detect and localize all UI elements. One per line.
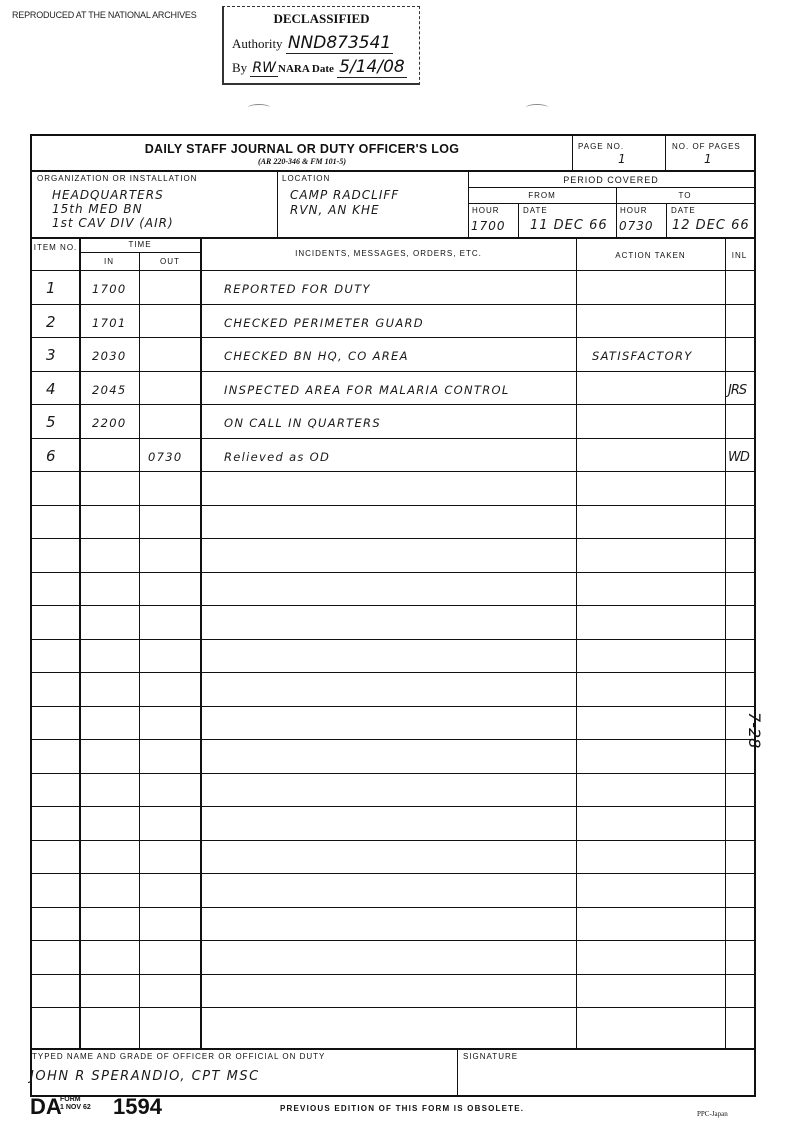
row-divider [32,907,754,908]
time-in-cell: 2030 [92,349,126,363]
stamp-date-value: 5/14/08 [337,57,407,78]
time-in-cell: 2200 [92,416,126,430]
item-no-cell: 1 [46,279,57,297]
row-divider [32,337,754,338]
time-out-header: OUT [139,257,201,266]
stamp-nara-date-label: NARA Date [278,63,334,75]
stamp-by-row: By RWNARA Date 5/14/08 [232,57,407,78]
to-hour-value: 0730 [619,219,654,233]
row-divider [32,304,754,305]
location-label: LOCATION [282,174,330,183]
row-divider [32,371,754,372]
form-number: 1594 [113,1094,162,1120]
stamp-by-value: RW [250,60,278,77]
stamp-title: DECLASSIFIED [224,11,419,27]
row-divider [32,840,754,841]
incident-cell: Relieved as OD [224,450,330,464]
to-hour-label: HOUR [620,206,648,215]
incident-cell: REPORTED FOR DUTY [224,282,371,296]
row-divider [32,739,754,740]
from-date-label: DATE [523,206,548,215]
item-no-cell: 5 [46,413,57,431]
item-no-cell: 4 [46,380,57,398]
time-out-cell: 0730 [148,450,182,464]
stamp-authority-label: Authority [232,36,283,51]
form-date: 1 NOV 62 [60,1104,91,1112]
to-date-value: 12 DEC 66 [672,218,750,233]
from-hour-label: HOUR [472,206,500,215]
incident-cell: CHECKED BN HQ, CO AREA [224,349,409,363]
row-divider [32,873,754,874]
scan-mark [526,104,548,111]
form-label: FORM [60,1096,91,1104]
organization-line-1: HEADQUARTERS [52,188,164,202]
initials-cell: WD [728,450,749,465]
time-in-header: IN [79,257,139,266]
initials-cell: JRS [728,383,746,398]
incident-cell: INSPECTED AREA FOR MALARIA CONTROL [224,383,510,397]
row-divider [32,438,754,439]
from-label: FROM [468,191,616,200]
no-of-pages-label: NO. OF PAGES [672,142,741,151]
incident-cell: ON CALL IN QUARTERS [224,416,381,430]
row-divider [32,806,754,807]
scan-mark [248,104,270,111]
stamp-authority-row: Authority NND873541 [232,33,393,54]
no-of-pages-value: 1 [704,152,713,166]
form-title: DAILY STAFF JOURNAL OR DUTY OFFICER'S LO… [32,142,572,156]
margin-annotation: 7-28 [745,712,764,748]
row-divider [32,706,754,707]
location-line-2: RVN, AN KHE [290,203,380,217]
item-no-cell: 3 [46,346,57,364]
row-divider [32,505,754,506]
time-in-cell: 2045 [92,383,126,397]
row-divider [32,639,754,640]
row-divider [32,1007,754,1008]
to-label: TO [616,191,754,200]
from-hour-value: 1700 [471,219,506,233]
archive-notice: REPRODUCED AT THE NATIONAL ARCHIVES [12,10,197,20]
from-date-value: 11 DEC 66 [530,218,608,233]
row-divider [32,940,754,941]
item-no-cell: 6 [46,447,57,465]
duty-officer-log-form: DAILY STAFF JOURNAL OR DUTY OFFICER'S LO… [30,134,756,1097]
organization-label: ORGANIZATION OR INSTALLATION [37,174,197,183]
printer-mark: PPC-Japan [697,1110,728,1118]
form-prefix: DA [30,1094,62,1120]
item-no-header: ITEM NO. [32,242,79,253]
action-taken-header: ACTION TAKEN [576,251,725,260]
declassified-stamp: DECLASSIFIED Authority NND873541 By RWNA… [222,6,420,85]
form-label-block: FORM 1 NOV 62 [60,1096,91,1112]
stamp-by-label: By [232,60,247,75]
page-no-label: PAGE NO. [578,142,624,151]
organization-line-3: 1st CAV DIV (AIR) [52,216,174,230]
form-subtitle: (AR 220-346 & FM 101-5) [32,157,572,166]
row-divider [32,773,754,774]
incident-cell: CHECKED PERIMETER GUARD [224,316,424,330]
row-divider [32,538,754,539]
signature-label: SIGNATURE [463,1052,518,1061]
item-no-cell: 2 [46,313,57,331]
row-divider [32,605,754,606]
action-taken-cell: SATISFACTORY [592,349,693,363]
officer-name-label: TYPED NAME AND GRADE OF OFFICER OR OFFIC… [32,1052,325,1061]
row-divider [32,974,754,975]
page-no-value: 1 [618,152,627,166]
period-covered-label: PERIOD COVERED [468,175,754,185]
inl-header: INL [725,251,754,260]
incidents-header: INCIDENTS, MESSAGES, ORDERS, ETC. [201,249,576,258]
officer-name-value: JOHN R SPERANDIO, CPT MSC [30,1069,260,1084]
row-divider [32,404,754,405]
row-divider [32,471,754,472]
organization-line-2: 15th MED BN [52,202,143,216]
obsolete-notice: PREVIOUS EDITION OF THIS FORM IS OBSOLET… [280,1104,524,1113]
time-in-cell: 1700 [92,282,126,296]
time-in-cell: 1701 [92,316,126,330]
to-date-label: DATE [671,206,696,215]
row-divider [32,572,754,573]
time-header: TIME [79,240,201,249]
location-line-1: CAMP RADCLIFF [290,188,399,202]
row-divider [32,672,754,673]
stamp-authority-value: NND873541 [286,33,393,54]
